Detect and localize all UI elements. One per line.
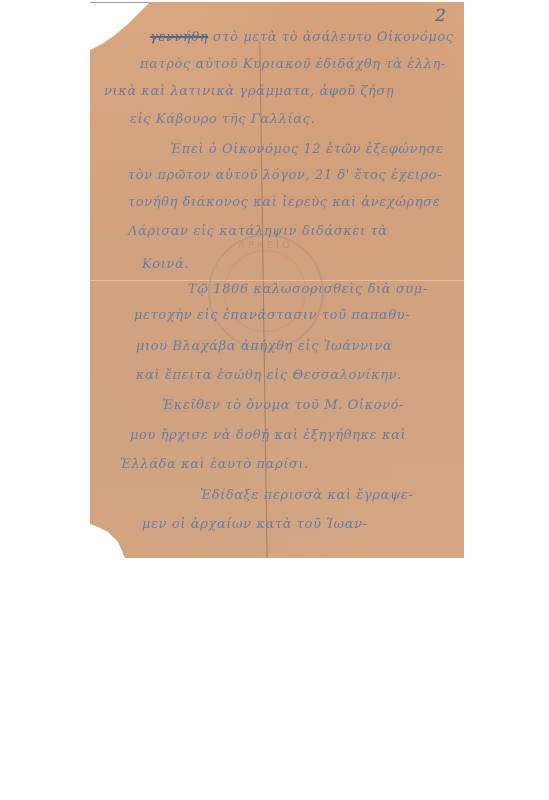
handwritten-line-1: γεννήθη στὸ μετὰ τὸ ἀσάλευτο Οἰκονόμος	[150, 30, 454, 45]
handwritten-line-11: μετοχὴν εἰς ἐπανάστασιν τοῦ παπαθυ-	[134, 308, 410, 323]
handwritten-line-8: Λάρισαν εἰς κατάληψιν διδάσκει τὰ	[128, 224, 388, 239]
handwritten-line-7: τονήθη διάκονος καὶ ἱερεὺς καὶ ἀνεχώρησε	[128, 195, 440, 210]
struck-word: γεννήθη	[150, 30, 208, 45]
handwritten-line-6: τὸν πρῶτον αὐτοῦ λόγον, 21 δ' ἔτος ἐχειρ…	[128, 168, 442, 183]
handwritten-line-13: καὶ ἔπειτα ἐσώθη εἰς Θεσσαλονίκην.	[136, 368, 402, 383]
handwritten-line-14: Ἐκεῖθεν τὸ ὄνομα τοῦ Μ. Οἰκονό-	[162, 398, 404, 413]
handwritten-line-18: μεν οἱ ἀρχαίων κατὰ τοῦ Ἰωαν-	[142, 517, 368, 532]
handwritten-line-4: εἰς Κάβουρο τῆς Γαλλίας.	[130, 112, 315, 127]
handwritten-line-16: Ἑλλάδα καὶ ἑαυτὸ παρίσι.	[120, 457, 309, 472]
handwritten-line-2: πατρὸς αὐτοῦ Κυριακοῦ ἐδιδάχθη τὰ ἑλλη-	[140, 57, 446, 72]
handwritten-line-12: μιου Βλαχάβα ἀπήχθη εἰς Ἰωάννινα	[136, 339, 392, 354]
page-number: 2	[435, 6, 446, 26]
archive-stamp-text: ΑΡΧΕΙΟ	[238, 240, 293, 251]
handwritten-line-3: νικὰ καὶ λατινικὰ γράμματα, ἀφοῦ ζήσῃ	[104, 84, 394, 99]
manuscript-page: ΑΡΧΕΙΟ 2 γεννήθη στὸ μετὰ τὸ ἀσάλευτο Οἰ…	[90, 2, 464, 558]
handwritten-line-17: Ἐδίδαξε περισσὰ καὶ ἔγραψε-	[200, 488, 413, 503]
handwritten-line-9: Κοινά.	[142, 257, 189, 272]
handwritten-line-5: Ἐπεὶ ὁ Οἰκονόμος 12 ἐτῶν ἐξεφώνησε	[170, 142, 444, 157]
document-viewer: ΑΡΧΕΙΟ 2 γεννήθη στὸ μετὰ τὸ ἀσάλευτο Οἰ…	[0, 0, 549, 800]
handwritten-line-10: Τῷ 1806 καλωσορισθεὶς διὰ συμ-	[188, 282, 428, 297]
handwritten-line-15: μου ἤρχισε νὰ δοθῇ καὶ ἐξηγήθηκε καὶ	[130, 428, 406, 443]
